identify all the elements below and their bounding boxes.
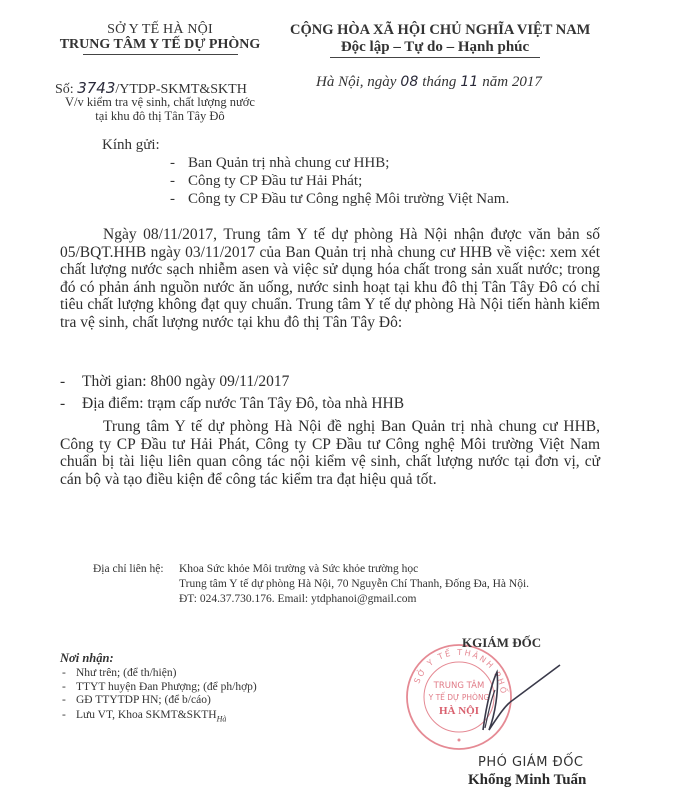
recipient-text: Công ty CP Đầu tư Công nghệ Môi trường V… <box>188 191 509 207</box>
motto-underline <box>330 57 540 58</box>
national-header: CỘNG HÒA XÃ HỘI CHỦ NGHĨA VIỆT NAM Độc l… <box>290 22 580 58</box>
distribution-text: GĐ TTYTDP HN; (để b/cáo) <box>76 694 211 706</box>
agency-underline <box>83 54 238 55</box>
recipient-item: -Công ty CP Đầu tư Hải Phát; <box>170 173 362 190</box>
distribution-text: Như trên; (để th/hiện) <box>76 667 176 679</box>
recipient-text: Công ty CP Đầu tư Hải Phát; <box>188 173 362 189</box>
subject-line-2: tại khu đô thị Tân Tây Đô <box>30 109 290 123</box>
paragraph-1-text: Ngày 08/11/2017, Trung tâm Y tế dự phòng… <box>60 226 600 331</box>
document-subject: V/v kiểm tra vệ sinh, chất lượng nước tạ… <box>30 95 290 123</box>
body-paragraph-1: Ngày 08/11/2017, Trung tâm Y tế dự phòng… <box>60 226 600 331</box>
signer-position: PHÓ GIÁM ĐỐC <box>478 755 584 770</box>
recipient-text: Ban Quản trị nhà chung cư HHB; <box>188 155 389 171</box>
body-bullet: -Địa điểm: trạm cấp nước Tân Tây Đô, tòa… <box>60 395 404 413</box>
paragraph-2-text: Trung tâm Y tế dự phòng Hà Nội đề nghị B… <box>60 418 600 488</box>
recipient-item: -Công ty CP Đầu tư Công nghệ Môi trường … <box>170 191 509 208</box>
date-month: 11 <box>460 74 478 90</box>
date-prefix: Hà Nội, ngày <box>316 74 396 90</box>
department-name: SỞ Y TẾ HÀ NỘI <box>30 22 290 38</box>
distribution-item: -Lưu VT, Khoa SKMT&SKTHHà <box>62 709 226 723</box>
distribution-text: Lưu VT, Khoa SKMT&SKTH <box>76 709 217 721</box>
distribution-item: -TTYT huyện Đan Phượng; (để ph/hợp) <box>62 681 257 693</box>
contact-phone-email: ĐT: 024.37.730.176. Email: ytdphanoi@gma… <box>179 592 416 606</box>
distribution-text: TTYT huyện Đan Phượng; (để ph/hợp) <box>76 681 257 693</box>
agency-name: TRUNG TÂM Y TẾ DỰ PHÒNG <box>30 37 290 53</box>
signature-title: KGIÁM ĐỐC <box>462 635 541 651</box>
contact-department: Khoa Sức khỏe Môi trường và Sức khỏe trư… <box>179 562 418 576</box>
distribution-item: -GĐ TTYTDP HN; (để b/cáo) <box>62 694 211 706</box>
date-year: năm 2017 <box>482 74 542 90</box>
body-paragraph-2: Trung tâm Y tế dự phòng Hà Nội đề nghị B… <box>60 418 600 488</box>
handwritten-signature-icon <box>475 660 575 740</box>
contact-address: Trung tâm Y tế dự phòng Hà Nội, 70 Nguyễ… <box>179 577 529 591</box>
distribution-item: -Như trên; (để th/hiện) <box>62 667 176 679</box>
date-month-label: tháng <box>422 74 456 90</box>
bullet-text: Thời gian: 8h00 ngày 09/11/2017 <box>82 373 289 390</box>
issuing-agency-header: SỞ Y TẾ HÀ NỘI TRUNG TÂM Y TẾ DỰ PHÒNG <box>30 22 290 55</box>
recipient-item: -Ban Quản trị nhà chung cư HHB; <box>170 155 389 172</box>
signature-title-prefix: K <box>462 635 472 650</box>
body-bullet: -Thời gian: 8h00 ngày 09/11/2017 <box>60 373 289 391</box>
date-day: 08 <box>400 74 418 90</box>
document-date: Hà Nội, ngày08tháng11năm 2017 <box>316 74 542 91</box>
drafter-initials: Hà <box>217 714 227 723</box>
signer-name: Khổng Minh Tuấn <box>468 772 586 789</box>
country-name: CỘNG HÒA XÃ HỘI CHỦ NGHĨA VIỆT NAM <box>290 22 580 39</box>
contact-label: Địa chỉ liên hệ: <box>93 562 164 576</box>
bullet-text: Địa điểm: trạm cấp nước Tân Tây Đô, tòa … <box>82 395 404 412</box>
svg-text:HÀ NỘI: HÀ NỘI <box>439 704 479 717</box>
signature-role: GIÁM ĐỐC <box>472 635 541 650</box>
recipients-label: Kính gửi: <box>102 137 160 154</box>
subject-line-1: V/v kiểm tra vệ sinh, chất lượng nước <box>30 95 290 109</box>
distribution-title: Nơi nhận: <box>60 651 114 666</box>
national-motto: Độc lập – Tự do – Hạnh phúc <box>290 39 580 56</box>
